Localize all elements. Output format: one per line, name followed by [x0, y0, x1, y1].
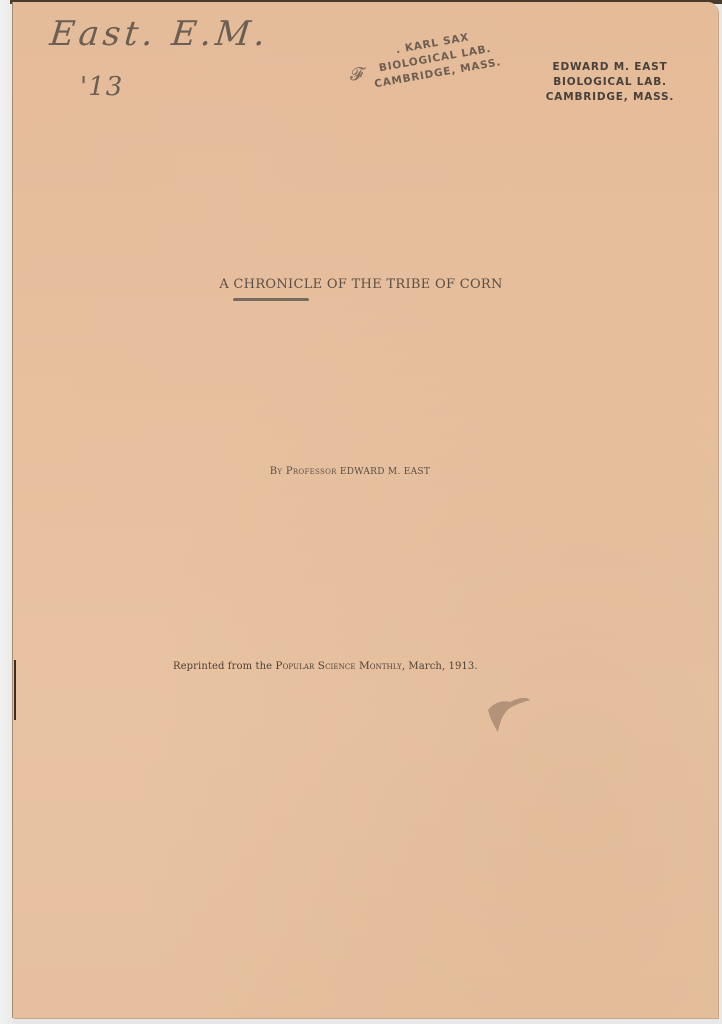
handwritten-year-note: '13 [80, 72, 123, 102]
author-name: EDWARD M. EAST [340, 467, 430, 477]
stamp-emblem-icon: 𝓕 [350, 66, 364, 96]
reprint-date: , March, 1913. [402, 661, 478, 672]
pencil-underline [233, 298, 309, 301]
stamp-edward-east: EDWARD M. EAST BIOLOGICAL LAB. CAMBRIDGE… [540, 60, 680, 105]
reprint-notice: Reprinted from the Popular Science Month… [173, 660, 478, 672]
document-cover [13, 2, 718, 1018]
byline: By Professor EDWARD M. EAST [0, 466, 700, 477]
publication-name: Popular Science Monthly [275, 660, 401, 672]
stamp-line: BIOLOGICAL LAB. [540, 75, 680, 90]
stamp-line: CAMBRIDGE, MASS. [540, 90, 680, 105]
document-title: A CHRONICLE OF THE TRIBE OF CORN [0, 277, 722, 292]
ink-smudge [484, 692, 532, 736]
byline-prefix: By Professor [270, 466, 337, 477]
reprint-prefix: Reprinted from the [173, 661, 272, 672]
spine-mark [14, 660, 16, 720]
handwritten-author-note: East. E.M. [48, 14, 271, 54]
stamp-line: EDWARD M. EAST [540, 60, 680, 75]
